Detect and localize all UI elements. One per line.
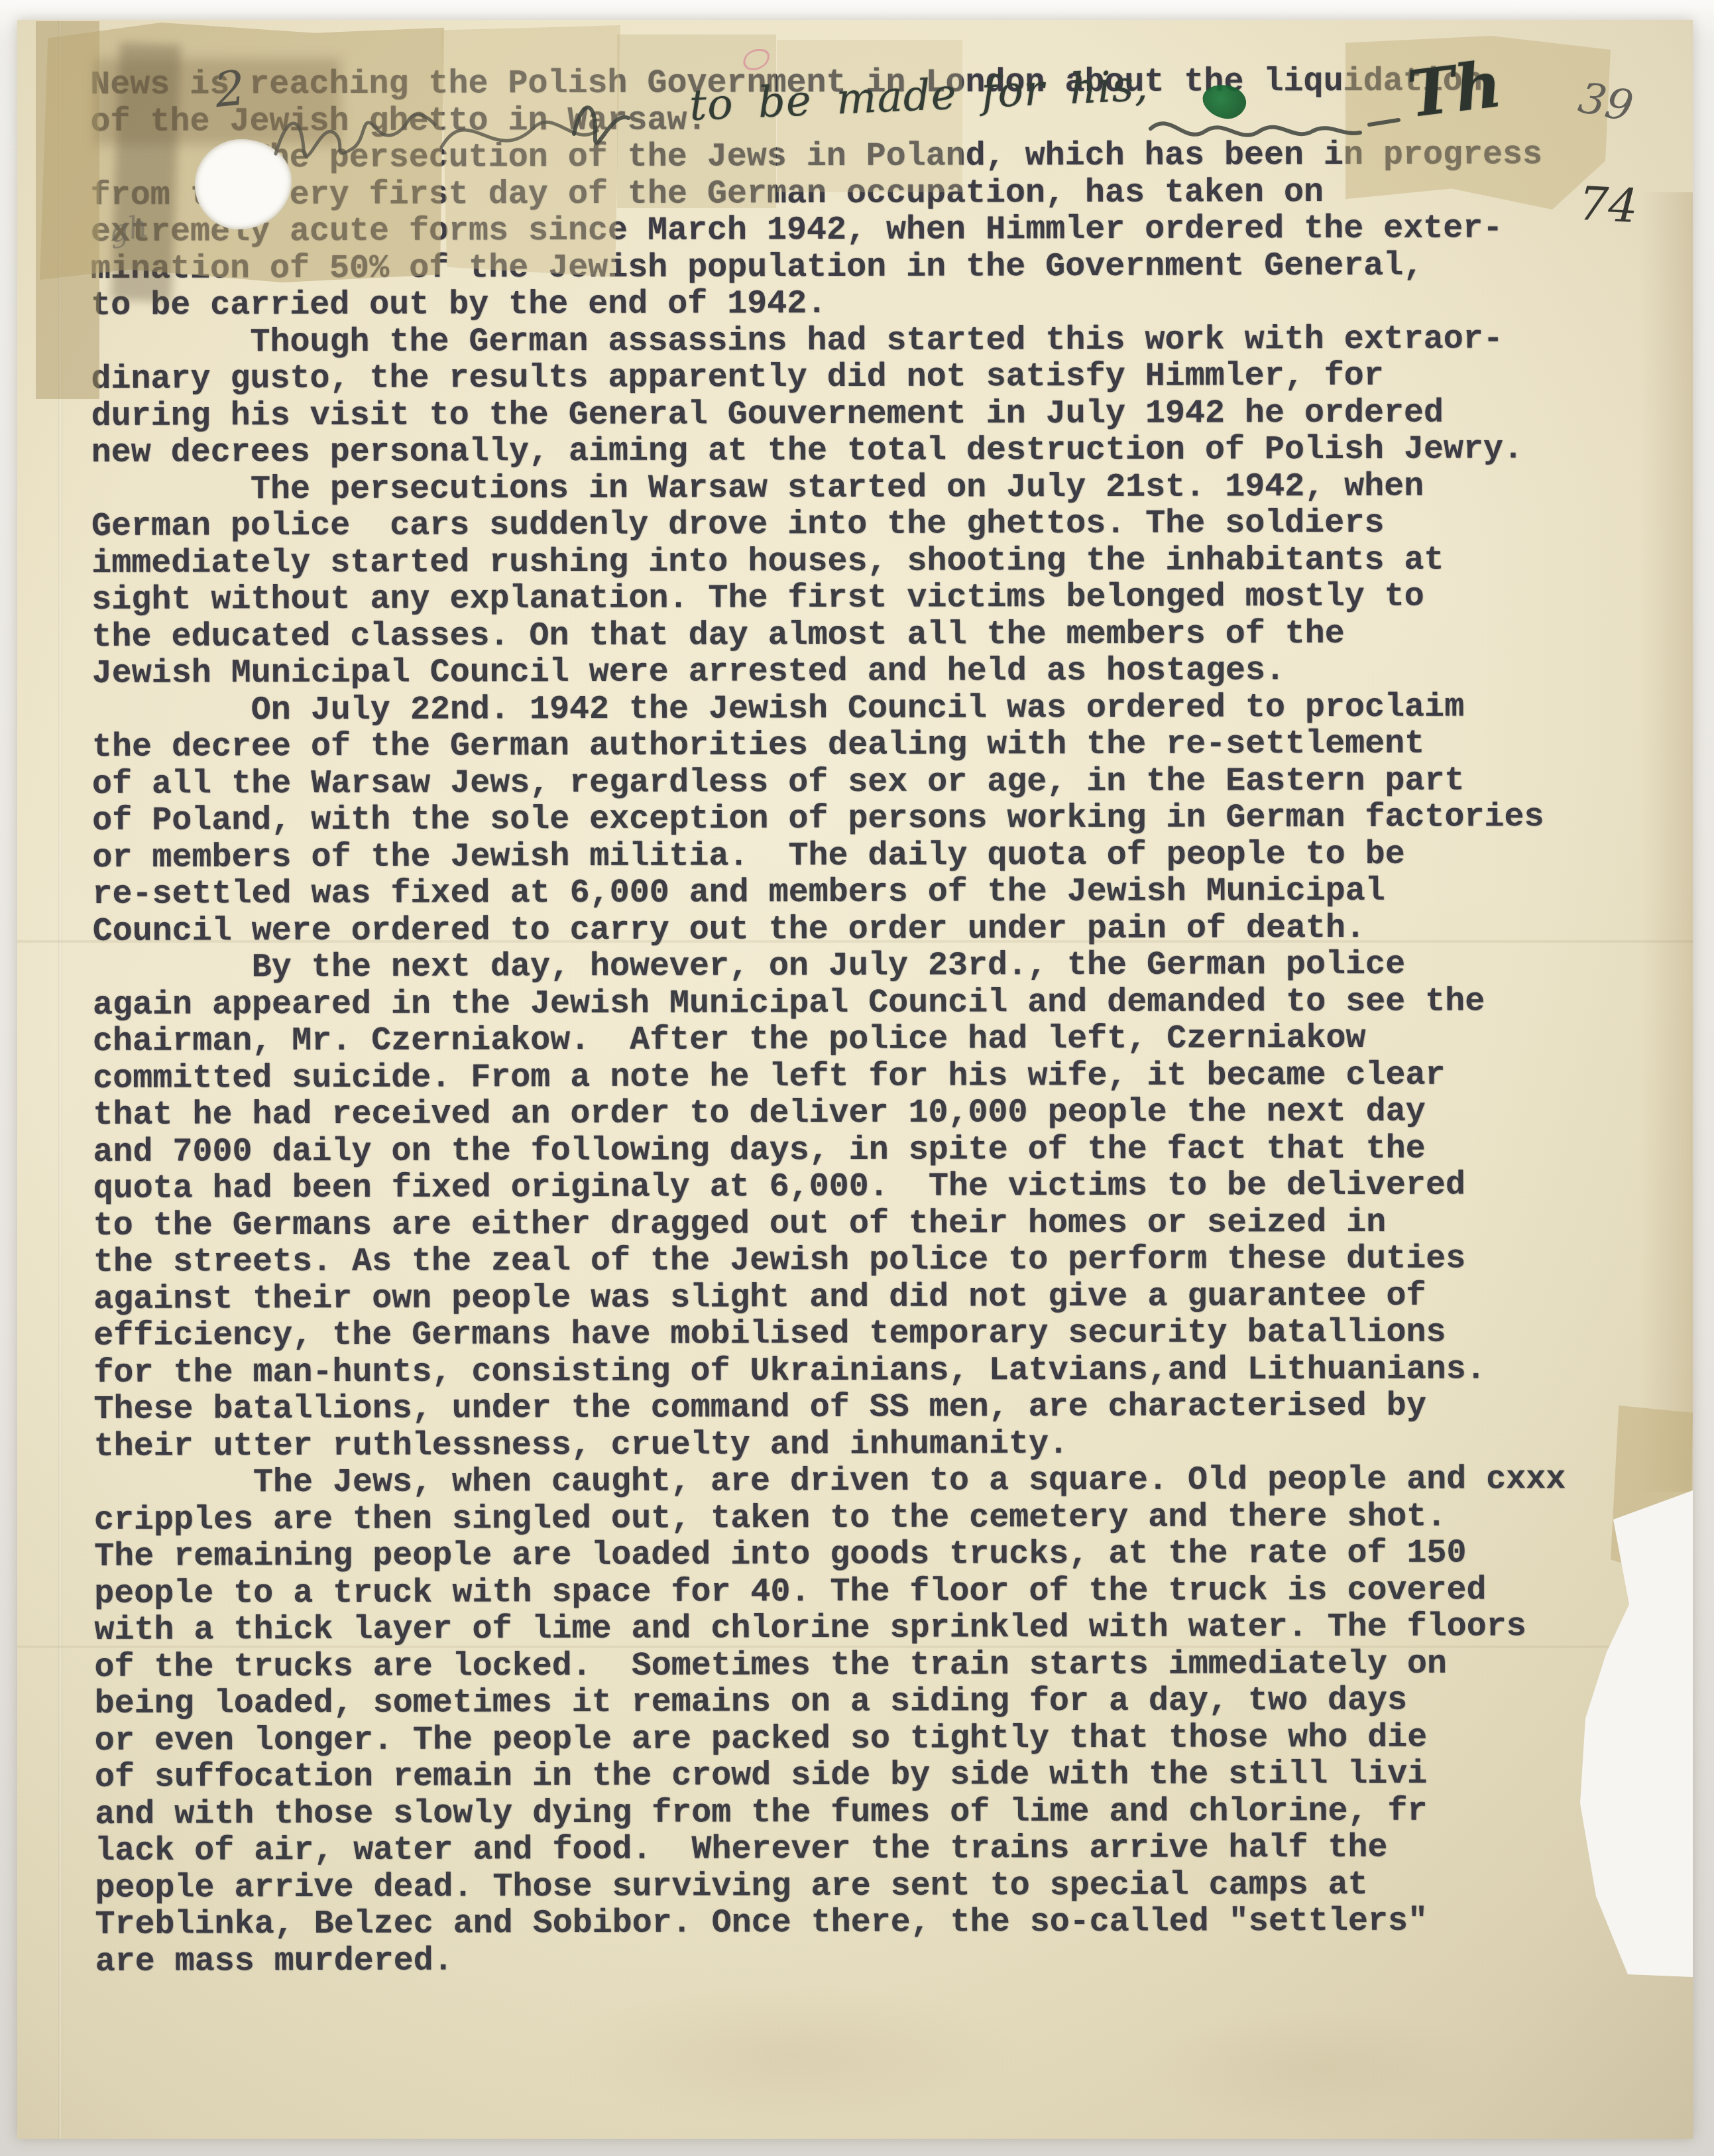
handwritten-initials: Th [1404, 46, 1506, 132]
right-edge-shading [1640, 192, 1693, 1492]
handwritten-leading-scribble: 2 [212, 60, 248, 118]
typewritten-text: News is reaching the Polish Government i… [90, 63, 1567, 1980]
handwritten-number-top: 39 [1575, 74, 1637, 132]
fold-crease-horizontal [17, 1646, 1693, 1648]
handwritten-faint-letters: gh [106, 208, 151, 249]
paper-sheet: News is reaching the Polish Government i… [17, 20, 1693, 2139]
scanned-document: News is reaching the Polish Government i… [0, 0, 1714, 2156]
handwritten-number-74: 74 [1577, 176, 1639, 234]
fold-crease-horizontal [17, 940, 1693, 943]
paper-stain [1144, 2009, 1489, 2128]
fold-crease-vertical [58, 20, 62, 2139]
paper-stain [561, 1982, 1025, 2128]
